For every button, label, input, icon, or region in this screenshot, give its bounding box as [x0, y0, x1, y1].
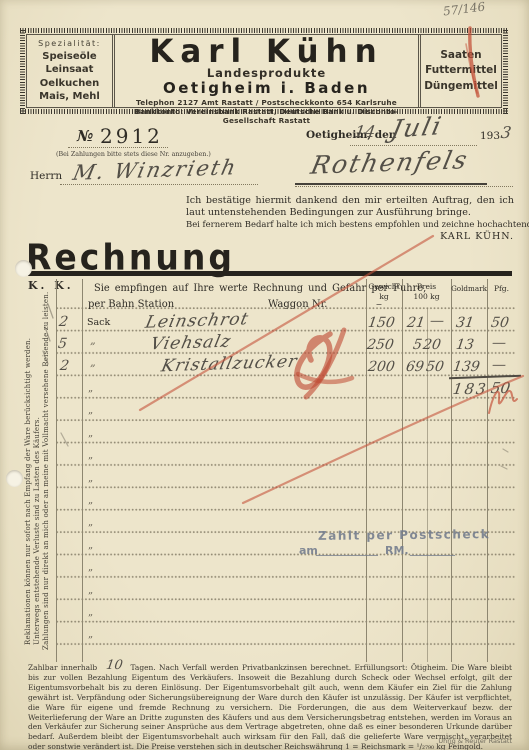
- date-year-digit-handwritten: 3: [500, 123, 513, 142]
- frame-border: [20, 28, 508, 33]
- row-pfg: —: [491, 357, 507, 373]
- row-pfg: —: [491, 335, 507, 351]
- row-goldmark: 139: [452, 359, 481, 375]
- total-pfg: 50: [490, 379, 512, 397]
- confirmation-closing: Bei fernerem Bedarf halte ich mich beste…: [186, 220, 504, 230]
- row-goldmark: 13: [455, 337, 475, 353]
- company-contact-1: Telephon 2127 Amt Rastatt / Postscheckko…: [115, 98, 418, 107]
- ditto-mark: „: [88, 378, 93, 400]
- ditto-mark: „: [88, 512, 93, 534]
- specialty-item: Oelkuchen: [27, 77, 112, 91]
- products-box: Saaten Futtermittel Düngemittel: [418, 35, 501, 107]
- col-goldmark: Goldmark: [451, 284, 487, 293]
- col-pfg: Pfg.: [487, 284, 516, 293]
- row-unit-ditto: „: [90, 334, 96, 347]
- company-name: Karl Kühn: [115, 37, 418, 68]
- row-desc: Viehsalz: [149, 332, 234, 355]
- specialties-title: Spezialität:: [27, 39, 112, 48]
- ditto-column: „ „ „ „ „ „ „ „ „ „ „ „: [88, 378, 93, 647]
- frame-border: [20, 28, 25, 114]
- company-city: Oetigheim i. Baden: [115, 80, 418, 96]
- product-item: Düngemittel: [421, 79, 501, 95]
- ditto-mark: „: [88, 535, 93, 557]
- ditto-mark: „: [88, 580, 93, 602]
- total-goldmark: 183: [452, 380, 489, 398]
- stamp-rm-label: RM.: [385, 544, 409, 557]
- margin-note-reklamationen: Reklamationen können nur sofort nach Emp…: [24, 338, 32, 645]
- product-item: Futtermittel: [421, 63, 501, 79]
- ditto-mark: „: [88, 468, 93, 490]
- ditto-mark: „: [88, 400, 93, 422]
- specialty-item: Speiseöle: [27, 50, 112, 64]
- addressee-label: Herrn: [30, 170, 62, 182]
- confirmation-block: Ich bestätige hiermit dankend den mir er…: [186, 195, 514, 242]
- confirmation-text: Ich bestätige hiermit dankend den mir er…: [186, 195, 514, 218]
- signature: KARL KÜHN.: [186, 231, 514, 242]
- addressee-place-dotted: [295, 170, 513, 187]
- pencil-corner-note: 57/146: [442, 0, 486, 19]
- row-weight: 250: [366, 337, 395, 353]
- stamp-am-label: am: [299, 544, 318, 557]
- date-day-handwritten: 14: [354, 122, 377, 141]
- monogram: K. K.: [28, 279, 74, 292]
- product-item: Saaten: [421, 48, 501, 64]
- specialty-item: Mais, Mehl: [27, 90, 112, 104]
- col-preis: Preis: [402, 282, 451, 291]
- punch-hole: [6, 470, 23, 487]
- margin-note-unterwegs: Unterwegs entstehende Verluste sind zu L…: [33, 417, 41, 645]
- row-weight: 150: [367, 315, 396, 331]
- row-weight: 200: [367, 359, 396, 375]
- table-vline: [366, 279, 367, 662]
- row-desc: Leinschrot: [143, 309, 250, 333]
- col-gewicht-unit: kg: [366, 292, 402, 301]
- table-vline: [451, 279, 452, 662]
- date-month-handwritten: Juli: [388, 111, 445, 143]
- row-unit: Sack: [87, 317, 110, 328]
- row-price-pfg: —: [429, 313, 445, 329]
- printer-mark: Uhrig & Reuter Rastatt: [390, 737, 512, 745]
- row-goldmark: 31: [455, 315, 475, 331]
- specialties-box: Spezialität: Speiseöle Leinsaat Oelkuche…: [27, 35, 115, 107]
- row-unit-ditto: „: [90, 356, 96, 369]
- specialty-item: Leinsaat: [27, 63, 112, 77]
- punch-hole: [15, 260, 32, 277]
- ditto-mark: „: [88, 445, 93, 467]
- company-block: Karl Kühn Landesprodukte Oetigheim i. Ba…: [115, 35, 418, 107]
- terms-prefix: Zahlbar innerhalb: [28, 663, 97, 672]
- ditto-mark: „: [88, 602, 93, 624]
- ditto-mark: „: [88, 423, 93, 445]
- ditto-mark: „: [88, 557, 93, 579]
- number-underline: [68, 131, 168, 148]
- stamp-rm-line: [410, 555, 455, 556]
- col-preis-unit: 100 kg: [402, 292, 451, 301]
- invoice-document: 57/146 Spezialität: Speiseöle Leinsaat O…: [0, 0, 529, 750]
- col-gewicht: Gewicht: [366, 282, 402, 291]
- table-vline: [402, 279, 403, 662]
- table-vline: [82, 279, 83, 662]
- row-price-mark: 69: [405, 359, 425, 375]
- postscheck-stamp: Zahlt per Postscheck: [318, 527, 490, 543]
- row-price-pfg: 50: [425, 359, 445, 375]
- row-price-mark: 21: [406, 315, 426, 331]
- station-dash-handwritten: –: [376, 297, 382, 311]
- row-pfg: 50: [490, 315, 510, 331]
- letterhead: Spezialität: Speiseöle Leinsaat Oelkuche…: [20, 28, 508, 114]
- row-price-pfg: 20: [422, 337, 442, 353]
- waggon-label: Waggon Nr.: [268, 299, 327, 310]
- ditto-mark: „: [88, 624, 93, 646]
- stamp-am-line: [316, 555, 378, 556]
- station-label: per Bahn Station: [88, 299, 174, 310]
- margin-note-zahlungen: Zahlungen sind nur direkt an mich oder a…: [42, 292, 50, 650]
- date-year-printed: 193: [480, 130, 500, 142]
- table-vline: [56, 279, 57, 662]
- title-rule: [28, 271, 512, 276]
- table-vline: [487, 279, 488, 662]
- frame-border: [503, 28, 508, 114]
- ditto-mark: „: [88, 490, 93, 512]
